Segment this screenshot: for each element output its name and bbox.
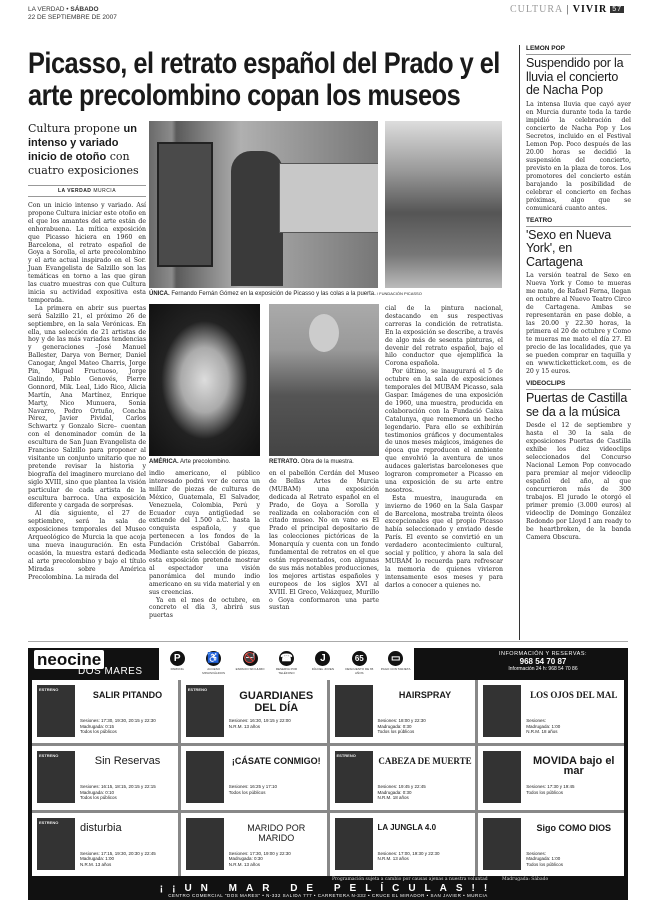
icon-label: ACCESO MINUSVÁLIDOS [199,668,229,675]
movie-card: ESTRENOSin ReservasSesiones: 16:15, 18:1… [32,746,178,809]
article-column-3: en el pabellón Cerdán del Museo de Bella… [269,470,379,612]
movie-card: Sigo COMO DIOSSesiones:Madrugada: 1:00To… [478,813,624,876]
rating: Todos los públicos [80,729,175,735]
cinema-advertisement: neocine DOS MARES PPARKING ♿ACCESO MINUS… [28,648,628,900]
icon-glyph: 65 [352,651,367,666]
brief-body: Desde el 12 de septiembre y hasta el 30 … [526,422,631,542]
icon-glyph: P [170,651,185,666]
icon-label: RESERVA POR TELÉFONO [271,668,301,675]
article-column-1: Con un inicio intenso y variado. Así pro… [28,202,146,582]
rating: N.R.M. 18 años [378,795,473,801]
brief-videoclips: VIDEOCLIPS Puertas de Castilla se da a l… [526,380,631,542]
movie-title: LOS OJOS DEL MAL [526,690,621,700]
paragraph: Ya en el mes de octubre, en concreto el … [149,597,260,621]
portrait-face [309,314,339,352]
brief-title: Puertas de Castilla se da a la música [526,392,631,419]
byline-source: LA VERDAD [58,188,91,194]
movie-info: Sesiones: 19:45 y 22:45Madrugada: 0:30N.… [378,784,473,801]
movie-info: Sesiones: 16:25 y 17:10Todos los público… [229,784,324,795]
movie-card: LA JUNGLA 4.0Sesiones: 17:00, 19:30 y 22… [330,813,476,876]
retrato-caption: RETRATO. Obra de la muestra. [269,458,384,466]
movie-title: HAIRSPRAY [378,690,473,700]
wheelchair-icon: ♿ACCESO MINUSVÁLIDOS [199,651,229,675]
subhead-part: Cultura propone [28,122,124,135]
movie-listings: ESTRENOSALIR PITANDOSesiones: 17:30, 19:… [32,680,624,876]
movie-poster: ESTRENO [37,685,75,737]
caption-label: RETRATO. [269,459,299,465]
movie-info: Sesiones: 17:15, 19:30, 20:30 y 22:45Mad… [80,851,175,868]
icon-label: PARKING [162,668,192,672]
movie-title: disturbia [80,823,175,833]
movie-card: HAIRSPRAYSesiones: 18:00 y 22:30Madrugad… [330,680,476,743]
cinema-address: CENTRO COMERCIAL "DOS MARES" • N-332 SAL… [28,893,628,898]
parking-icon: PPARKING [162,651,192,672]
brief-body: La intensa lluvia que cayó ayer en Murci… [526,101,631,213]
movie-info: Sesiones: 18:00 y 22:30Madrugada: 0:30To… [378,718,473,735]
icon-glyph: ☎ [279,651,294,666]
brief-teatro: TEATRO 'Sexo en Nueva York', en Cartagen… [526,217,631,377]
photo-crowd-queue [385,121,502,288]
movie-poster [335,685,373,737]
icon-label: DÍA DEL JOVEN [308,668,338,672]
rating: Todos los públicos [526,862,621,868]
paragraph: Esta muestra, inaugurada en invierno de … [385,495,503,590]
man-figure [231,151,283,286]
byline-place: MURCIA [93,188,116,194]
movie-title: LA JUNGLA 4.0 [378,823,473,833]
movie-card: ESTRENOdisturbiaSesiones: 17:15, 19:30, … [32,813,178,876]
caption-text: Fernando Fernán Gómez en la exposición d… [170,291,376,297]
movie-poster [186,818,224,870]
caption-label: AMÉRICA. [149,459,179,465]
movie-title: ¡CÁSATE CONMIGO! [229,756,324,766]
article-subhead: Cultura propone un intenso y variado ini… [28,122,146,177]
paragraph: Por último, se inaugurará el 5 de octubr… [385,368,503,495]
movie-info: Sesiones:Madrugada: 1:00Todos los públic… [526,851,621,868]
movie-poster [483,685,521,737]
paragraph: en el pabellón Cerdán del Museo de Bella… [269,470,379,612]
movie-title: GUARDIANES DEL DÍA [229,690,324,714]
paragraph: cial de la pintura nacional, destacando … [385,305,503,368]
caption-text: Arte precolombino. [179,459,231,465]
rating: Todos los públicos [526,790,621,796]
services-icons: PPARKING ♿ACCESO MINUSVÁLIDOS 🚭ESPACIO S… [159,648,414,680]
movie-info: Sesiones: 17:00, 19:30 y 22:30N.R.M. 13 … [378,851,473,862]
day: SÁBADO [70,6,98,13]
paper-name: LA VERDAD [28,6,65,13]
notice-text: Programación sujeta a cambio por causas … [332,877,488,882]
movie-poster [483,818,521,870]
movie-title: Sigo COMO DIOS [526,823,621,833]
no-smoking-icon: 🚭ESPACIO SIN HUMO [235,651,265,672]
rating: Todos los públicos [80,795,175,801]
rating: Todos los públicos [229,790,324,796]
movie-poster: ESTRENO [37,751,75,803]
movie-poster: ESTRENO [186,685,224,737]
movie-card: LOS OJOS DEL MALSesiones:Madrugada: 1:00… [478,680,624,743]
movie-info: Sesiones: 16:15, 18:15, 20:15 y 22:15Mad… [80,784,175,801]
movie-title: Sin Reservas [80,756,175,766]
section-name: CULTURA [510,4,563,15]
ad-header: neocine DOS MARES PPARKING ♿ACCESO MINUS… [28,648,628,680]
movie-info: Sesiones: 17:30, 19:00 y 22:30Madrugada:… [229,851,324,868]
paragraph: Al día siguiente, el 27 de septiembre, s… [28,510,146,581]
article-column-4: cial de la pintura nacional, destacando … [385,305,503,590]
section-header: CULTURA | VIVIR57 [510,4,624,15]
movie-title: CABEZA DE MUERTE [378,756,473,766]
icon-label: DESCUENTO DE 65 AÑOS [344,668,374,675]
movie-card: ESTRENOSALIR PITANDOSesiones: 17:30, 19:… [32,680,178,743]
movie-card: MOVIDA bajo el marSesiones: 17:30 y 19:4… [478,746,624,809]
paragraph: La primera en abrir sus puertas será Sal… [28,305,146,511]
icon-glyph: 🚭 [243,651,258,666]
icon-glyph: ▭ [388,651,403,666]
movie-title: MOVIDA bajo el mar [526,756,621,776]
movie-poster: ESTRENO [335,751,373,803]
icon-label: PAGO CON TARJETA [381,668,411,672]
rating: N.R.M. 13 años [229,862,324,868]
article-headline: Picasso, el retrato español del Prado y … [28,48,510,112]
rating: N.R.M. 18 años [526,729,621,735]
sidebar-briefs: LEMON POP Suspendido por la lluvia el co… [519,45,631,640]
caption-text: Obra de la muestra. [299,459,354,465]
divider [28,641,628,642]
movie-title: SALIR PITANDO [80,690,175,700]
page-number: 57 [610,6,624,13]
paragraph: Con un inicio intenso y variado. Así pro… [28,202,146,305]
rating: N.R.M. 13 años [80,862,175,868]
movie-info: Sesiones: 17:30 y 19:45Todos los público… [526,784,621,795]
brief-title: Suspendido por la lluvia el concierto de… [526,57,631,98]
america-caption: AMÉRICA. Arte precolombino. [149,458,264,466]
rating: N.R.M. 13 años [229,724,324,730]
icon-glyph: ♿ [206,651,221,666]
movie-poster [186,751,224,803]
brief-lemon-pop: LEMON POP Suspendido por la lluvia el co… [526,45,631,213]
painting-left [157,142,213,267]
movie-card: ¡CÁSATE CONMIGO!Sesiones: 16:25 y 17:10T… [181,746,327,809]
brief-tag: VIDEOCLIPS [526,380,631,390]
notice-right: Madrugada: Sábado [502,876,548,884]
info-phone: 968 54 70 87 [468,657,618,666]
movie-poster [335,818,373,870]
cinema-logo: neocine DOS MARES [34,650,174,680]
movie-card: ESTRENOCABEZA DE MUERTESesiones: 19:45 y… [330,746,476,809]
info-24h: Información 24 h: 968 54 70 86 [468,666,618,672]
icon-label: ESPACIO SIN HUMO [235,668,265,672]
senior-discount-icon: 65DESCUENTO DE 65 AÑOS [344,651,374,675]
byline: LA VERDAD MURCIA [28,185,146,197]
photo-portrait-painting [269,304,379,456]
brief-body: La versión teatral de Sexo en Nueva York… [526,272,631,376]
brief-tag: TEATRO [526,217,631,227]
movie-info: Sesiones: 16:30, 19:15 y 22:00N.R.M. 13 … [229,718,324,729]
painting-right [279,163,378,233]
caption-label: ÚNICA. [149,291,170,297]
youth-day-icon: JDÍA DEL JOVEN [308,651,338,672]
main-photo-picasso-exhibition [149,121,378,288]
movie-title: MARIDO POR MARIDO [229,823,324,843]
photo-credit: / FUNDACIÓN PICASSO [376,291,422,296]
icon-glyph: J [315,651,330,666]
photo-precolumbian-statue [149,304,260,456]
paragraph: indio americano, el público interesado p… [149,470,260,597]
brand-sub: DOS MARES [78,666,143,677]
rating: N.R.M. 13 años [378,856,473,862]
movie-info: Sesiones: 17:30, 19:30, 20:15 y 22:30Mad… [80,718,175,735]
date: 22 DE SEPTIEMBRE DE 2007 [28,14,117,22]
brief-title: 'Sexo en Nueva York', en Cartagena [526,229,631,270]
movie-card: MARIDO POR MARIDOSesiones: 17:30, 19:00 … [181,813,327,876]
movie-info: Sesiones:Madrugada: 1:00N.R.M. 18 años [526,718,621,735]
subsection-name: VIVIR [573,4,607,15]
movie-poster [483,751,521,803]
rating: Todos los públicos [378,729,473,735]
brief-tag: LEMON POP [526,45,631,55]
phone-icon: ☎RESERVA POR TELÉFONO [271,651,301,675]
page-header-left: LA VERDAD • SÁBADO 22 DE SEPTIEMBRE DE 2… [28,6,117,22]
movie-poster: ESTRENO [37,818,75,870]
movie-card: ESTRENOGUARDIANES DEL DÍASesiones: 16:30… [181,680,327,743]
main-photo-caption: ÚNICA. Fernando Fernán Gómez en la expos… [149,290,509,298]
article-column-2: indio americano, el público interesado p… [149,470,260,620]
reservation-info: INFORMACIÓN Y RESERVAS: 968 54 70 87 Inf… [468,651,618,672]
card-icon: ▭PAGO CON TARJETA [381,651,411,672]
